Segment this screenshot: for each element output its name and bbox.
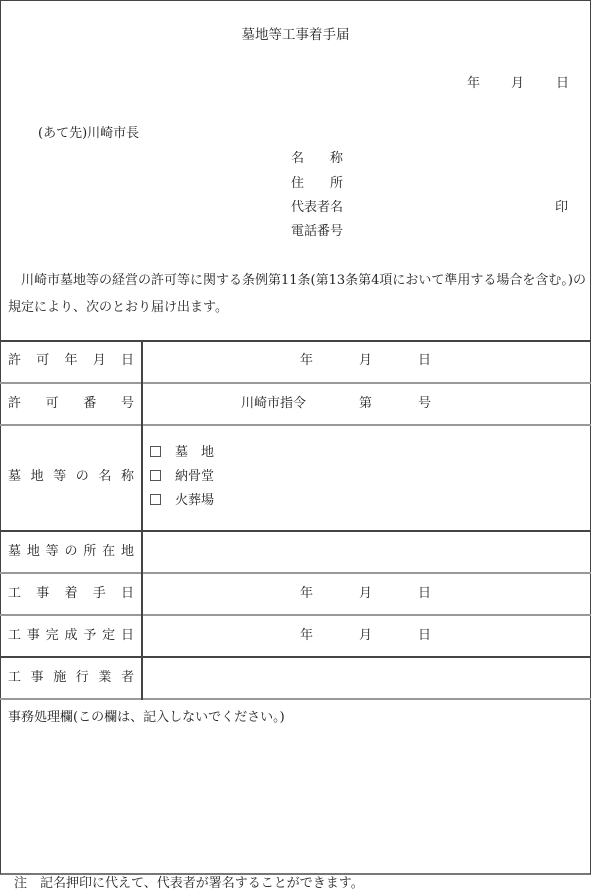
applicant-address-label: 住 所 (291, 176, 343, 192)
applicant-phone-label: 電話番号 (291, 224, 343, 240)
permit-number-dai[interactable]: 第 (359, 396, 372, 412)
construction-start-month[interactable]: 月 (359, 586, 372, 602)
permit-date-day[interactable]: 日 (418, 353, 431, 369)
facility-option-cemetery[interactable]: 墓 地 (150, 445, 214, 461)
construction-start-year[interactable]: 年 (300, 586, 313, 602)
row-label-contractor: 工事施行業者 (8, 670, 134, 686)
applicant-representative-label: 代表者名 (291, 200, 343, 216)
completion-date-month[interactable]: 月 (359, 628, 372, 644)
table-column-divider (141, 340, 143, 700)
completion-date-year[interactable]: 年 (300, 628, 313, 644)
row-label-facility-location: 墓地等の所在地 (8, 544, 134, 560)
addressee: (あて先)川崎市長 (38, 126, 139, 142)
row-divider (0, 614, 591, 616)
checkbox[interactable] (150, 446, 161, 457)
office-use-label: 事務処理欄(この欄は、記入しないでください。) (8, 710, 285, 726)
row-divider (0, 530, 591, 532)
row-divider (0, 382, 591, 384)
facility-option-crematorium[interactable]: 火葬場 (150, 493, 214, 509)
permit-date-month[interactable]: 月 (359, 353, 372, 369)
construction-start-day[interactable]: 日 (418, 586, 431, 602)
row-divider (0, 698, 591, 700)
checkbox[interactable] (150, 494, 161, 505)
permit-number-go: 号 (418, 396, 431, 412)
applicant-name-label: 名 称 (291, 151, 343, 167)
date-year-label: 年 (467, 76, 480, 92)
row-divider (0, 572, 591, 574)
permit-date-year[interactable]: 年 (300, 353, 313, 369)
row-label-completion-date: 工事完成予定日 (8, 628, 134, 644)
row-label-permit-number: 許可番号 (8, 396, 134, 412)
facility-location-field[interactable] (150, 540, 580, 566)
row-divider (0, 424, 591, 426)
body-paragraph: 川崎市墓地等の経営の許可等に関する条例第11条(第13条第4項において準用する場… (8, 267, 588, 321)
checkbox[interactable] (150, 470, 161, 481)
permit-number-prefix: 川崎市指令 (241, 396, 306, 412)
date-month-label: 月 (511, 76, 524, 92)
date-day-label: 日 (556, 76, 569, 92)
row-label-permit-date: 許可年月日 (8, 353, 134, 369)
row-divider (0, 656, 591, 658)
form-title: 墓地等工事着手届 (0, 27, 591, 43)
facility-option-ossuary[interactable]: 納骨堂 (150, 469, 214, 485)
seal-mark: 印 (555, 200, 568, 216)
footnote: 注 記名押印に代えて、代表者が署名することができます。 (14, 876, 364, 892)
completion-date-day[interactable]: 日 (418, 628, 431, 644)
row-label-facility-name: 墓地等の名称 (8, 469, 134, 485)
contractor-field[interactable] (150, 666, 580, 692)
row-label-construction-start: 工事着手日 (8, 586, 134, 602)
table-top-border (0, 340, 591, 342)
